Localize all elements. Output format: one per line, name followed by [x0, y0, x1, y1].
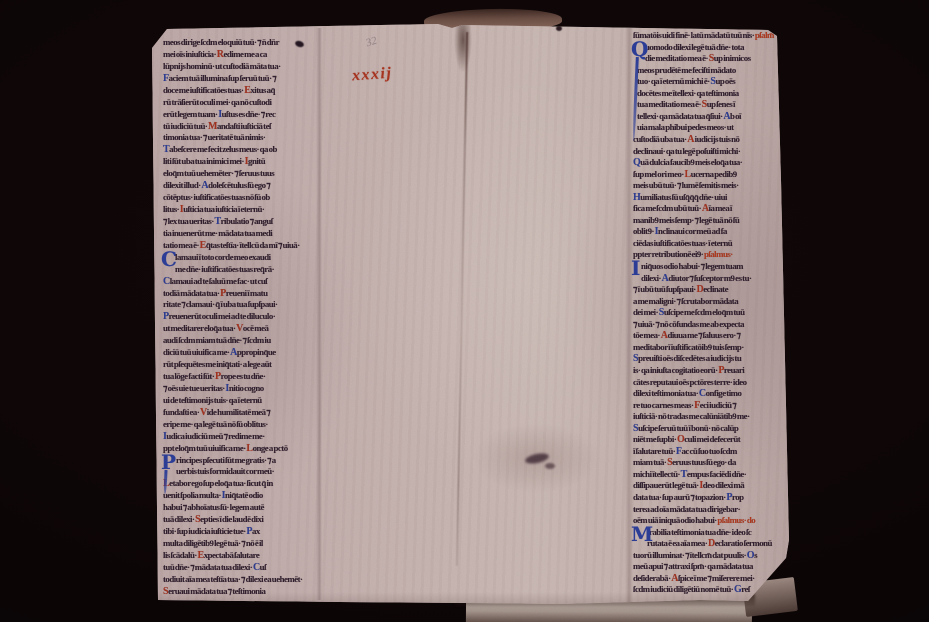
- text-line: ppt eloq̄m tuū uiuifica me· Longe a pctō: [163, 443, 312, 455]
- ink-text: timonia tua· ⁊ ueritatē tuā nimis·: [163, 132, 265, 142]
- ink-text: lamaui ad te ſaluū me fac· ut cuſ: [170, 276, 267, 286]
- text-line: iuſticiā· nō tradas me calūniātib9 me·: [633, 411, 787, 423]
- ink-text: tia inuenerūt me· mādata tua medi: [163, 228, 272, 238]
- ink-text: eruus tuus ſū ego· da: [672, 457, 736, 467]
- ink-text: eruaui mādata tua ⁊ teſtimonia: [168, 586, 265, 596]
- ink-text: reuenerūt oculi mei ad te diluculo·: [169, 311, 276, 321]
- text-line: declinaui· qa tu legē poſuiſti michi·: [633, 146, 787, 158]
- ink-text: uomodo dilexi legē tuā dn̄e· tota: [645, 42, 744, 52]
- ink-text: re tuo carnes meas·: [633, 400, 694, 410]
- text-line: ⁊ uiuā· ⁊ nō cōfundas me ab expecta: [633, 319, 787, 331]
- ink-text: abeſcere me fecit zelus meus· qa ob: [169, 144, 277, 154]
- text-line: ppter retributionē ei9· pſalmus·: [633, 249, 787, 261]
- ink-text: onfige timo: [706, 388, 742, 398]
- ink-text: cuſtodiā uba tua·: [633, 134, 687, 144]
- illuminated-initial: P: [161, 452, 176, 472]
- text-line: habui ⁊ abhoīatus ſū· legem autē: [163, 502, 312, 514]
- ink-text: uſtus es dn̄e· ⁊ rec: [222, 109, 276, 119]
- ink-text: ⁊ lex tua ueritas·: [163, 216, 214, 226]
- text-line: terea ad oīa mādata tua dirigebar·: [633, 504, 787, 516]
- ink-text: up ſenes ī: [707, 99, 735, 109]
- left-text-column: meos dirige ſcdm eloquiū tuū· ⁊ n̄ dn̄rm…: [163, 37, 312, 599]
- ink-text: uia mala phibui pedes meos· ut: [637, 122, 734, 132]
- text-line: liti ſūt uba tua inimici mei· Ignitū: [163, 156, 312, 168]
- text-line: Faciem tuā illumina ſup ſeruū tuū· ⁊: [163, 73, 312, 85]
- ink-text: diuua me ⁊ ſaluus ero· ⁊: [667, 330, 740, 340]
- text-line: meos prudētē me feciſti mādato: [633, 65, 791, 77]
- text-line: oblit9· Inclinaui cor meū ad fa: [633, 226, 787, 238]
- ink-text: diſſipauerūt legē tuā·: [633, 480, 699, 490]
- ink-text: multa diligētib9 legē tuā· ⁊ nō ē il: [163, 538, 263, 548]
- text-line: ui de teſtimonijs tuis· qa ī eternū: [163, 395, 312, 407]
- text-line: ⁊ ī ubū tuū ſupſpaui· Declinate: [633, 284, 787, 296]
- ink-text: meū apui ⁊ attraxi ſpm̄· qa mādata tua: [633, 561, 753, 571]
- ink-text: mei oīs iniuſticia·: [163, 49, 217, 59]
- text-line: ritate ⁊ clamaui· q̄ ī uba tua ſupſpaui·: [163, 299, 312, 311]
- ink-text: declinaui· qa tu legē poſuiſti michi·: [633, 146, 740, 156]
- ink-text: dilexit illud·: [163, 180, 201, 190]
- text-line: cuſtodiā uba tua· A iudicijs tuis nō: [633, 134, 787, 146]
- text-line: tuorū illuminat· ⁊ ītellcm̄ dat puulis· …: [633, 550, 787, 562]
- text-line: diciū tuū uiuifica me· Appropinq̄ue: [163, 347, 312, 359]
- text-line: Quā dulcia faucib9 meis eloq̄a tua·: [633, 157, 787, 169]
- ink-text: reuari: [724, 365, 744, 375]
- text-line: mei oīs iniuſticia· Redime me a ca: [163, 49, 312, 61]
- text-line: manib9 meis ſemp· ⁊ legē tuā nō ſū: [633, 215, 787, 227]
- ink-text: tua lōge facti ſūt·: [163, 371, 215, 381]
- ink-text: ucerna pedib9: [691, 169, 737, 179]
- ink-text: tū iudiciū tuū·: [163, 121, 208, 131]
- ink-text: a me maligni· ⁊ ſcrutabor mādata: [633, 296, 738, 306]
- ink-text: tellexi· qa mādata tua q̄ſiui·: [637, 111, 723, 121]
- text-line: oēm uiā iniquā odio habui· pſalmus· do: [633, 515, 787, 527]
- text-line: doce me iuſtificatōes tuas· Exitus aq̄: [163, 85, 312, 97]
- text-line: ⁊ oēs uie tue ueritas· Initio cogno: [163, 383, 312, 395]
- ink-text: data tua· ſup aurū ⁊ topazion·: [633, 492, 726, 502]
- ink-text: meos dirige ſcdm eloquiū tuū· ⁊ n̄ dn̄r: [163, 37, 279, 47]
- text-line: lamaui ī toto corde meo exaudi: [163, 252, 324, 264]
- ink-text: empus faciēdi dn̄e·: [687, 469, 746, 479]
- ink-text: fundaſti ea·: [163, 407, 200, 417]
- text-line: meditabor ī iuſtificatōib9 tuis ſemp·: [633, 342, 787, 354]
- text-line: tuū dn̄e· ⁊ mādata tua dilexi· Cuſ: [163, 562, 312, 574]
- ink-text: liti ſūt uba tua inimici mei·: [163, 156, 245, 166]
- ink-text: uſcipe me ſcdm eloq̄m tuū: [664, 307, 745, 317]
- text-line: michi ītellectū· Tempus faciēdi dn̄e·: [633, 469, 787, 481]
- text-line: timonia tua· ⁊ ueritatē tuā nimis·: [163, 132, 312, 144]
- text-line: me dn̄e· iuſtificatōes tuas req̄rā·: [163, 264, 324, 276]
- verse-initial: A: [230, 347, 237, 358]
- illuminated-initial: I: [631, 258, 640, 278]
- ink-text: rop: [732, 492, 744, 502]
- ink-text: q̄tas teſtīa· ītellcū da mī ⁊ uiuā·: [206, 240, 300, 250]
- text-line: ⁊ lex tua ueritas· Tribulatio ⁊ anguſ: [163, 216, 312, 228]
- text-line: ut meditarer eloq̄a tua· Vocē meā: [163, 323, 312, 335]
- verse-initial: O: [747, 550, 754, 561]
- ink-text: ppter retributionē ei9·: [633, 249, 704, 259]
- left-fold-crease: [316, 28, 324, 600]
- text-line: uia mala phibui pedes meos· ut: [633, 122, 791, 134]
- right-text-column: ſūmatōis uidi finē· latū mādatū tuū nīs·…: [633, 30, 787, 602]
- ink-text: lūpnijs hominū· ut cuſtodiā māta tua·: [163, 61, 281, 71]
- ink-text: miam tuā·: [633, 457, 667, 467]
- illuminated-initial: M: [631, 524, 653, 544]
- ink-text: oblit9·: [633, 226, 655, 236]
- text-line: a me maligni· ⁊ ſcrutabor mādata: [633, 296, 787, 308]
- verse-initial: V: [236, 323, 243, 334]
- ink-text: andaſti iuſticiā teſ: [217, 121, 271, 131]
- ink-text: deſiderabā·: [633, 573, 671, 583]
- illuminated-initial: Q: [631, 39, 648, 59]
- ink-text: dei mei·: [633, 307, 659, 317]
- text-line: rincipes pſecuti ſūt me gratis· ⁊ a: [163, 455, 325, 467]
- text-line: Suſcipe ſeruū tuū ī bonū· nō calūp: [633, 423, 787, 435]
- ink-text: b oī: [730, 111, 741, 121]
- ink-text: nclinaui cor meū ad fa: [658, 226, 727, 236]
- ink-text: cōtēptus· iuſtificatōes tuas nō ſū ob: [163, 192, 270, 202]
- ink-text: xitus aq̄: [250, 85, 275, 95]
- ink-text: lamaui ī toto corde meo exaudi: [175, 252, 271, 262]
- psalm-rubric: pſalm̄: [755, 30, 774, 40]
- text-line: rū trāſierūt oculi mei· qa nō cuſtodi: [163, 97, 312, 109]
- ink-text: niq̄tatē odio: [225, 490, 263, 500]
- ink-text: cātes reputaui oēs pctōres terre· ideo: [633, 377, 747, 387]
- ink-text: edime me a ca: [223, 49, 267, 59]
- pencil-folio-number: 32: [364, 35, 378, 50]
- manuscript-photo: 32 xxxij meos dirige ſcdm eloquiū tuū· ⁊…: [0, 0, 929, 622]
- ink-text: gnitū: [248, 156, 265, 166]
- ink-text: ritate ⁊ clamaui· q̄ ī uba tua ſupſpaui·: [163, 299, 278, 309]
- ink-text: aciem tuā illumina ſup ſeruū tuū· ⁊: [169, 73, 276, 83]
- verse-initial: M: [208, 121, 217, 132]
- ink-text: culi mei defecerūt: [684, 434, 740, 444]
- ink-text: iudicijs tuis nō: [694, 134, 739, 144]
- folio-number: xxxij: [351, 65, 393, 86]
- text-line: Preuenerūt oculi mei ad te diluculo·: [163, 311, 312, 323]
- text-line: die meditatio mea ē· Sup inimicos: [633, 53, 799, 65]
- text-line: uerbis tuis formidauit cor meū·: [163, 466, 325, 478]
- text-line: irabilia teſtimonia tua dn̄e· ideo ſc: [633, 527, 801, 539]
- ink-text: dilexi teſtimonia tua·: [633, 388, 699, 398]
- text-line: erūt legem tuam· Iuſtus es dn̄e· ⁊ rec: [163, 109, 312, 121]
- text-line: dilexi teſtimonia tua· Confige timo: [633, 388, 787, 400]
- ink-text: meos prudētē me feciſti mādato: [637, 65, 736, 75]
- ink-text: docētes me ītellexi· qa teſtimonia: [637, 88, 739, 98]
- ink-text: manib9 meis ſemp· ⁊ legē tuā nō ſū: [633, 215, 739, 225]
- ink-text: tuā dilexi·: [163, 514, 195, 524]
- ink-text: meis ubū tuū· ⁊ lumē ſemitis meis·: [633, 180, 739, 190]
- text-line: tatio mea ē· Eq̄tas teſtīa· ītellcū da m…: [163, 240, 312, 252]
- ink-text: ut meditarer eloq̄a tua·: [163, 323, 236, 333]
- ink-text: onge a pctō: [253, 443, 288, 453]
- ink-text: eloq̄m tuū uehemēter· ⁊ ſeruus tuus: [163, 168, 274, 178]
- verse-initial: C: [163, 276, 170, 287]
- text-line: todiuit aīa mea teſtīa tua· ⁊ dilexi ea …: [163, 574, 312, 586]
- center-fold-crease: [456, 32, 468, 566]
- text-line: tia inuenerūt me· mādata tua medi: [163, 228, 312, 240]
- text-line: meis ubū tuū· ⁊ lumē ſemitis meis·: [633, 180, 787, 192]
- text-line: re tuo carnes meas· Feci iudiciū ⁊: [633, 400, 787, 412]
- ink-text: doleſcētulus ſū ego ⁊: [208, 180, 270, 190]
- ink-text: uā dulcia faucib9 meis eloq̄a tua·: [640, 157, 742, 167]
- ink-text: tuo· qa ī eternū michi ē·: [637, 76, 710, 86]
- ink-text: ribulatio ⁊ anguſ: [221, 216, 273, 226]
- text-line: niēt me ſupbi· Oculi mei defecerūt: [633, 434, 787, 446]
- ink-text: todiuit aīa mea teſtīa tua· ⁊ dilexi ea …: [163, 574, 303, 584]
- ink-text: lis ſcādalū·: [163, 550, 198, 560]
- ink-text: tuū dn̄e· ⁊ mādata tua dilexi·: [163, 562, 253, 572]
- ink-text: umiliatus ſū uſq̄q̄q̄ dn̄e· uiui: [640, 192, 727, 202]
- text-line: eripe me· qa legē tuā nō ſū oblitus·: [163, 419, 312, 431]
- ink-text: fica me ſcdm ubū tuū·: [633, 203, 702, 213]
- text-line: meos dirige ſcdm eloquiū tuū· ⁊ n̄ dn̄r: [163, 37, 312, 49]
- ink-text: rincipes pſecuti ſūt me gratis· ⁊ a: [176, 455, 276, 465]
- ink-text: tua meditatio mea ē·: [637, 99, 702, 109]
- text-line: tuo· qa ī eternū michi ē· Sup oēs: [633, 76, 791, 88]
- text-line: tuā dilexi· Septies ī die laudē dixi: [163, 514, 312, 526]
- text-line: eloq̄m tuū uehemēter· ⁊ ſeruus tuus: [163, 168, 312, 180]
- ink-text: uſcipe ſeruū tuū ī bonū· nō calūp: [638, 423, 738, 433]
- ink-text: erūt legem tuam·: [163, 109, 218, 119]
- ink-text: eclinate: [703, 284, 728, 294]
- ink-text: meditabor ī iuſtificatōib9 tuis ſemp·: [633, 342, 744, 352]
- text-line: dei mei· Suſcipe me ſcdm eloq̄m tuū: [633, 307, 787, 319]
- ink-text: ⁊ ī ubū tuū ſupſpaui·: [633, 284, 696, 294]
- ink-text: rūt pſequētes me iniq̄tati· a lege aūt: [163, 359, 271, 369]
- text-line: ſup mel ori meo· Lucerna pedib9: [633, 169, 787, 181]
- ink-text: uſticia tua iuſticia ī eternū·: [183, 204, 264, 214]
- ink-text: dilexi·: [641, 273, 662, 283]
- text-line: Humiliatus ſū uſq̄q̄q̄ dn̄e· uiui: [633, 192, 787, 204]
- text-line: todiā mādata tua· Preueni ī matu: [163, 288, 312, 300]
- text-line: litus· Iuſticia tua iuſticia ī eternū·: [163, 204, 312, 216]
- text-line: fica me ſcdm ubū tuū· Aīa mea ī: [633, 203, 787, 215]
- ink-text: īa mea ī: [709, 203, 732, 213]
- text-line: Iudica iudiciū meū ⁊ redime me·: [163, 431, 312, 443]
- ink-text: uſ: [260, 562, 266, 572]
- ink-text: litus·: [163, 204, 180, 214]
- ink-text: ac cū ſuo tuo ſcdm: [681, 446, 736, 456]
- text-line: tua meditatio mea ē· Sup ſenes ī: [633, 99, 791, 111]
- ink-text: epties ī die laudē dixi: [200, 514, 263, 524]
- text-line: tōe mea· Adiuua me ⁊ ſaluus ero· ⁊: [633, 330, 787, 342]
- parchment-bifolium: 32 xxxij meos dirige ſcdm eloquiū tuū· ⁊…: [0, 0, 929, 622]
- ink-text: me dn̄e· iuſtificatōes tuas req̄rā·: [175, 264, 274, 274]
- ink-text: eclaratio ſermonū: [715, 538, 772, 548]
- text-line: diſſipauerūt legē tuā· Ideo dilexi mā: [633, 480, 787, 492]
- ink-text: audi ſcdm miam tuā dn̄e· ⁊ ſcdm iu: [163, 335, 271, 345]
- text-line: Letabor ego ſup eloq̄a tua· ſicut q̄ in: [163, 478, 312, 490]
- ink-text: doce me iuſtificatōes tuas·: [163, 85, 244, 95]
- ink-text: niēt me ſupbi·: [633, 434, 677, 444]
- verse-initial: C: [699, 388, 706, 399]
- ink-text: ⁊ oēs uie tue ueritas·: [163, 383, 225, 393]
- text-line: tibi· ſup iudicia iuſticie tue· Pax: [163, 526, 312, 538]
- ink-text: up inimicos: [714, 53, 751, 63]
- ink-text: xpectabā ſalutare: [204, 550, 260, 560]
- ink-text: terea ad oīa mādata tua dirigebar·: [633, 504, 740, 514]
- ink-text: up oēs: [715, 76, 735, 86]
- ink-text: todiā mādata tua·: [163, 288, 220, 298]
- verse-initial: A: [671, 573, 678, 584]
- ink-text: ⁊ uiuā· ⁊ nō cōfundas me ab expecta: [633, 319, 744, 329]
- ink-text: tuorū illuminat· ⁊ ītellcm̄ dat puulis·: [633, 550, 747, 560]
- illuminated-initial: C: [161, 249, 177, 269]
- psalm-rubric: pſalmus·: [704, 249, 733, 259]
- ink-stain-small: [545, 463, 555, 469]
- text-line: niq̄uos odio habui· ⁊ legem tuam: [633, 261, 795, 273]
- ink-text: ocē meā: [243, 323, 269, 333]
- ink-text: etabor ego ſup eloq̄a tua· ſicut q̄ in: [169, 478, 273, 488]
- text-line: dilexit illud· Adoleſcētulus ſū ego ⁊: [163, 180, 312, 192]
- text-line: is· qa iniuſta cogitatio eorū· Preuari: [633, 365, 787, 377]
- ink-text: ui de teſtimonijs tuis· qa ī eternū: [163, 395, 262, 405]
- text-line: ciēdas iuſtificatōes tuas· ī eternū: [633, 238, 787, 250]
- text-line: uomodo dilexi legē tuā dn̄e· tota: [633, 42, 799, 54]
- text-line: cōtēptus· iuſtificatōes tuas nō ſū ob: [163, 192, 312, 204]
- text-line: fundaſti ea· Vide humilitatē meā ⁊: [163, 407, 312, 419]
- ink-text: ſūmatōis uidi finē· latū mādatū tuū nīs·: [633, 30, 755, 40]
- text-line: cātes reputaui oēs pctōres terre· ideo: [633, 377, 787, 389]
- ink-text: uenit ſpolia multa·: [163, 490, 222, 500]
- text-line: uenit ſpolia multa· Iniq̄tatē odio: [163, 490, 312, 502]
- dark-fleck: [556, 26, 562, 31]
- verse-initial: C: [253, 562, 260, 573]
- ink-text: preuiſti oēs diſcedētes a iudicijs tu: [638, 353, 741, 363]
- ink-text: tōe mea·: [633, 330, 661, 340]
- text-line: lūpnijs hominū· ut cuſtodiā māta tua·: [163, 61, 312, 73]
- ink-text: eripe me· qa legē tuā nō ſū oblitus·: [163, 419, 268, 429]
- ink-text: rutata ē ea aīa mea·: [647, 538, 708, 548]
- ink-text: is· qa iniuſta cogitatio eorū·: [633, 365, 718, 375]
- ink-text: niq̄uos odio habui· ⁊ legem tuam: [641, 261, 743, 271]
- ink-text: die meditatio mea ē·: [645, 53, 709, 63]
- ink-text: s: [754, 550, 757, 560]
- text-line: Spreuiſti oēs diſcedētes a iudicijs tu: [633, 353, 787, 365]
- ink-text: ax: [252, 526, 260, 536]
- text-line: meū apui ⁊ attraxi ſpm̄· qa mādata tua: [633, 561, 787, 573]
- text-line: tua lōge facti ſūt· Prope es tu dn̄e·: [163, 371, 312, 383]
- text-line: data tua· ſup aurū ⁊ topazion· Prop: [633, 492, 787, 504]
- ink-text: ſpice ī me ⁊ miſerere mei·: [678, 573, 755, 583]
- text-line: rūt pſequētes me iniq̄tati· a lege aūt: [163, 359, 312, 371]
- verse-initial: D: [708, 538, 715, 549]
- text-line: miam tuā· Seruus tuus ſū ego· da: [633, 457, 787, 469]
- text-line: multa diligētib9 legē tuā· ⁊ nō ē il: [163, 538, 312, 550]
- psalm-rubric: pſalmus· do: [717, 515, 755, 525]
- ink-text: ſup mel ori meo·: [633, 169, 685, 179]
- ink-text: nitio cogno: [229, 383, 264, 393]
- text-line: Tabeſcere me fecit zelus meus· qa ob: [163, 144, 312, 156]
- ink-text: ppropinq̄ue: [237, 347, 276, 357]
- text-line: Seruaui mādata tua ⁊ teſtimonia: [163, 586, 312, 598]
- ink-text: rū trāſierūt oculi mei· qa nō cuſtodi: [163, 97, 271, 107]
- verse-initial: A: [702, 203, 709, 214]
- center-fold-shadow: [452, 24, 474, 104]
- ink-text: diutor ⁊ ſuſceptor m9 es tu·: [668, 273, 751, 283]
- ink-text: deo dilexi mā: [703, 480, 744, 490]
- ink-text: diciū tuū uiuifica me·: [163, 347, 230, 357]
- ink-text: ciēdas iuſtificatōes tuas· ī eternū: [633, 238, 732, 248]
- ink-text: reueni ī matu: [226, 288, 268, 298]
- verse-initial: V: [200, 407, 207, 418]
- text-line: dilexi· Adiutor ⁊ ſuſceptor m9 es tu·: [633, 273, 795, 285]
- text-line: docētes me ītellexi· qa teſtimonia: [633, 88, 791, 100]
- ink-text: eci iudiciū ⁊: [700, 400, 736, 410]
- text-line: audi ſcdm miam tuā dn̄e· ⁊ ſcdm iu: [163, 335, 312, 347]
- text-line: ſūmatōis uidi finē· latū mādatū tuū nīs·…: [633, 30, 787, 42]
- ink-text: michi ītellectū·: [633, 469, 681, 479]
- verse-initial: A: [687, 134, 694, 145]
- ink-text: ſcdm iudiciū diligētiū nomē tuū·: [633, 584, 734, 594]
- ink-text: ī ſalutare tuū·: [633, 446, 676, 456]
- ink-text: ide humilitatē meā ⁊: [207, 407, 270, 417]
- ink-text: tibi· ſup iudicia iuſticie tue·: [163, 526, 246, 536]
- ink-text: reſ: [741, 584, 750, 594]
- text-line: tellexi· qa mādata tua q̄ſiui· Ab oī: [633, 111, 791, 123]
- text-line: rutata ē ea aīa mea· Declaratio ſermonū: [633, 538, 801, 550]
- ink-text: rope es tu dn̄e·: [221, 371, 266, 381]
- ink-text: uerbis tuis formidauit cor meū·: [176, 466, 274, 476]
- text-line: lis ſcādalū· Expectabā ſalutare: [163, 550, 312, 562]
- ink-text: habui ⁊ abhoīatus ſū· legem autē: [163, 502, 264, 512]
- ink-text: udica iudiciū meū ⁊ redime me·: [166, 431, 264, 441]
- text-line: tū iudiciū tuū· Mandaſti iuſticiā teſ: [163, 121, 312, 133]
- text-line: Clamaui ad te ſaluū me fac· ut cuſ: [163, 276, 312, 288]
- right-fold-crease: [625, 28, 633, 602]
- text-line: ī ſalutare tuū· Fac cū ſuo tuo ſcdm: [633, 446, 787, 458]
- ink-text: iuſticiā· nō tradas me calūniātib9 me·: [633, 411, 750, 421]
- ink-text: irabilia teſtimonia tua dn̄e· ideo ſc: [647, 527, 751, 537]
